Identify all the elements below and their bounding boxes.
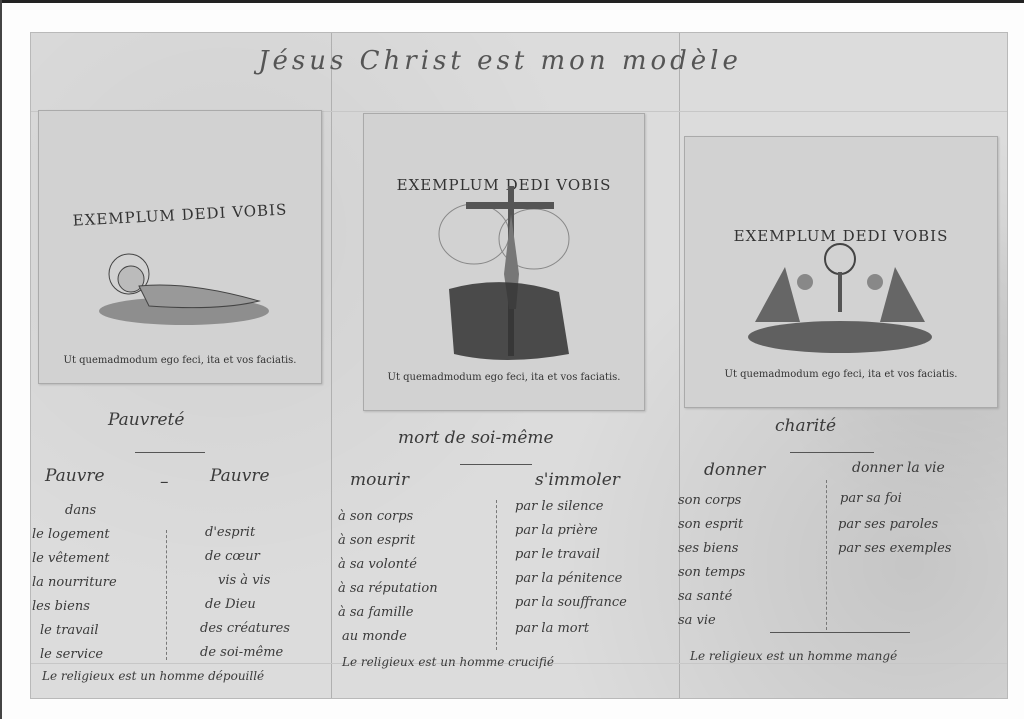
angels-monstrance-illustration-icon: [685, 137, 997, 407]
list-item: à son corps: [338, 506, 413, 527]
crucifix-illustration-icon: [364, 114, 644, 410]
list-item: sa vie: [678, 610, 716, 631]
card-caption: Ut quemadmodum ego feci, ita et vos faci…: [364, 372, 644, 383]
page-title: Jésus Christ est mon modèle: [240, 46, 760, 76]
card-caption: Ut quemadmodum ego feci, ita et vos faci…: [39, 355, 321, 366]
left-heading: donner: [704, 460, 765, 480]
list-item: par ses exemples: [838, 538, 951, 559]
list-item: le travail: [40, 620, 99, 641]
right-heading: Pauvre: [210, 466, 270, 486]
holy-card-poverty: EXEMPLUM DEDI VOBIS Ut quemadmodum ego f…: [38, 110, 322, 384]
list-item: ses biens: [678, 538, 738, 559]
list-item: la nourriture: [32, 572, 117, 593]
list-item: par ses paroles: [838, 514, 938, 535]
section-footer: Le religieux est un homme dépouillé: [42, 666, 264, 687]
list-item: les biens: [32, 596, 90, 617]
list-item: à son esprit: [338, 530, 415, 551]
list-item: par le travail: [515, 544, 600, 565]
list-item: par la pénitence: [515, 568, 622, 589]
column-divider: [496, 500, 497, 650]
list-item: par sa foi: [840, 488, 902, 509]
holy-card-mortification: EXEMPLUM DEDI VOBIS Ut quemadmodum ego f…: [363, 113, 645, 411]
list-item: le service: [40, 644, 103, 665]
section-title: mort de soi-même: [398, 428, 554, 448]
section-title: Pauvreté: [108, 410, 184, 430]
list-item: de Dieu: [205, 594, 256, 615]
separator: –: [160, 472, 169, 492]
title-underline: [790, 452, 874, 453]
fold-line: [331, 33, 332, 698]
right-heading: donner la vie: [852, 460, 945, 476]
left-subheading: dans: [65, 500, 96, 521]
section-footer: Le religieux est un homme mangé: [690, 646, 897, 667]
list-item: des créatures: [200, 618, 290, 639]
left-heading: mourir: [350, 470, 409, 490]
card-caption: Ut quemadmodum ego feci, ita et vos faci…: [685, 369, 997, 380]
list-item: le logement: [32, 524, 110, 545]
scan-left-edge: [0, 0, 2, 719]
list-item: à sa réputation: [338, 578, 438, 599]
list-item: par la souffrance: [515, 592, 627, 613]
list-item: de cœur: [205, 546, 260, 567]
title-underline: [460, 464, 532, 465]
list-item: par la mort: [515, 618, 589, 639]
list-item: son temps: [678, 562, 745, 583]
list-item: son corps: [678, 490, 741, 511]
list-item: d'esprit: [205, 522, 255, 543]
column-divider: [166, 530, 167, 660]
list-item: le vêtement: [32, 548, 110, 569]
list-item: à sa volonté: [338, 554, 417, 575]
section-footer: Le religieux est un homme crucifié: [342, 652, 554, 673]
list-item: de soi-même: [200, 642, 283, 663]
list-item: à sa famille: [338, 602, 414, 623]
column-divider: [826, 480, 827, 630]
list-item: son esprit: [678, 514, 743, 535]
holy-card-charity: EXEMPLUM DEDI VOBIS Ut quemadmodum ego f…: [684, 136, 998, 408]
list-item: vis à vis: [218, 570, 270, 591]
list-item: sa santé: [678, 586, 732, 607]
right-heading: s'immoler: [535, 470, 620, 490]
title-underline: [135, 452, 205, 453]
section-title: charité: [775, 416, 836, 436]
scan-top-edge: [0, 0, 1024, 3]
left-heading: Pauvre: [45, 466, 105, 486]
footer-rule: [770, 632, 910, 633]
list-item: au monde: [342, 626, 407, 647]
infant-jesus-illustration-icon: [39, 111, 321, 383]
list-item: par la prière: [515, 520, 598, 541]
list-item: par le silence: [515, 496, 603, 517]
